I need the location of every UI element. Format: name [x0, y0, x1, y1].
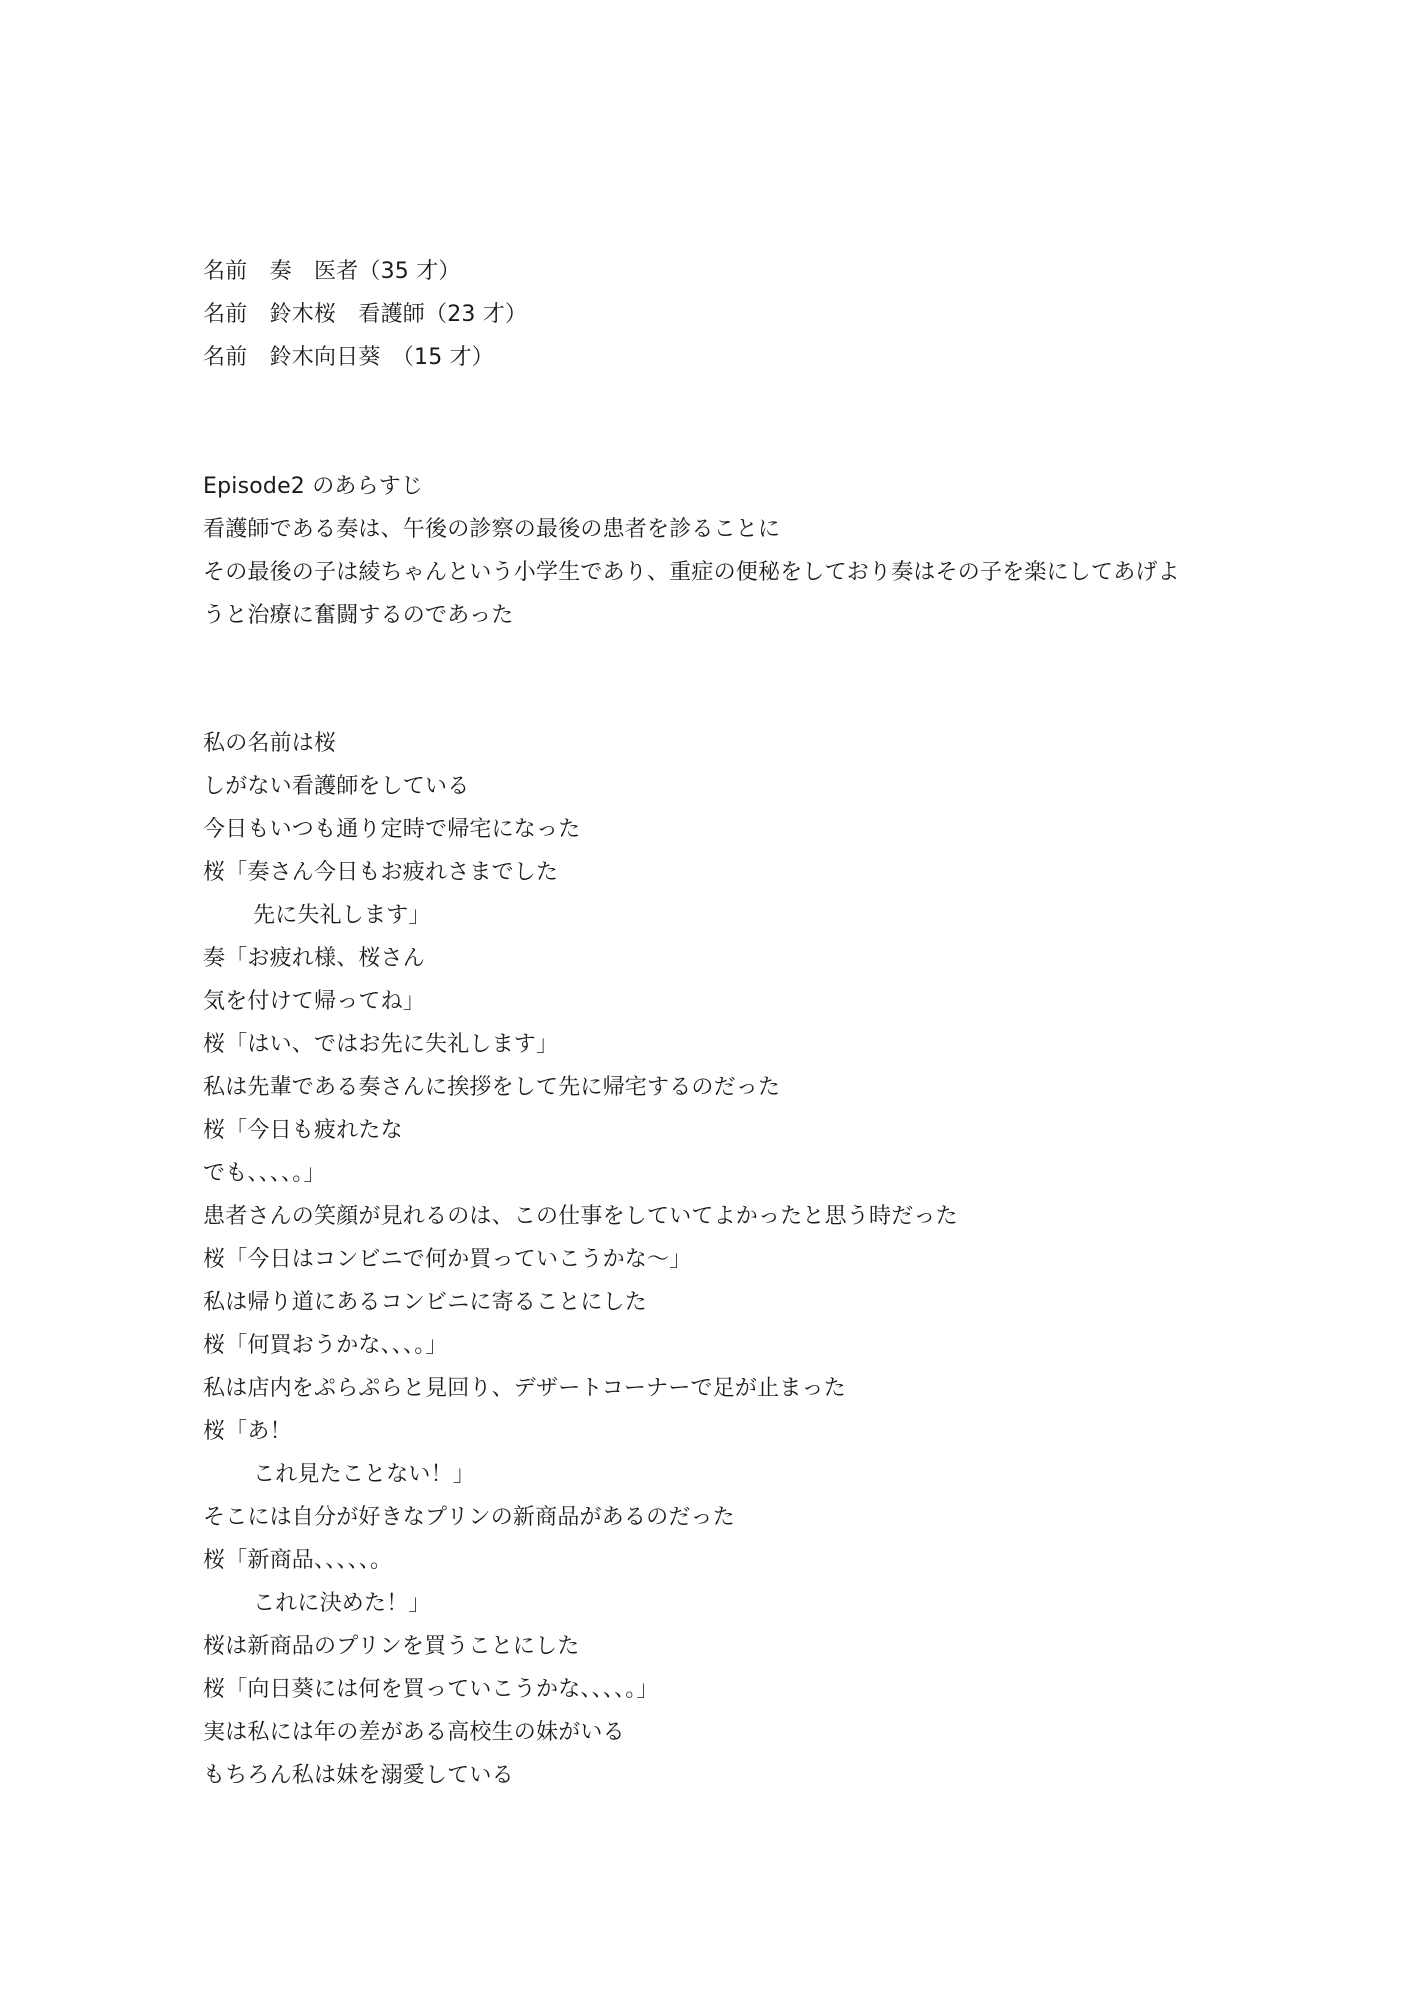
story-line: もちろん私は妹を溺愛している [203, 1754, 1213, 1797]
synopsis-line: うと治療に奮闘するのであった [203, 594, 1213, 637]
dialogue-continuation: でも、、、、。」 [203, 1152, 1213, 1195]
dialogue-continuation: これ見たことない！」 [203, 1453, 1213, 1496]
synopsis-heading: Episode2 のあらすじ [203, 465, 1213, 508]
story-line: 私は店内をぷらぷらと見回り、デザートコーナーで足が止まった [203, 1367, 1213, 1410]
story-line: 患者さんの笑顔が見れるのは、この仕事をしていてよかったと思う時だった [203, 1195, 1213, 1238]
dialogue-line: 奏「お疲れ様、桜さん [203, 937, 1213, 980]
dialogue-line: 桜「向日葵には何を買っていこうかな、、、、。」 [203, 1668, 1213, 1711]
story-line: 私は帰り道にあるコンビニに寄ることにした [203, 1281, 1213, 1324]
story-line: 私の名前は桜 [203, 722, 1213, 765]
story-line: そこには自分が好きなプリンの新商品があるのだった [203, 1496, 1213, 1539]
story-line: 今日もいつも通り定時で帰宅になった [203, 808, 1213, 851]
dialogue-continuation: 気を付けて帰ってね」 [203, 980, 1213, 1023]
story-line: 私は先輩である奏さんに挨拶をして先に帰宅するのだった [203, 1066, 1213, 1109]
story-line: 実は私には年の差がある高校生の妹がいる [203, 1711, 1213, 1754]
synopsis-line: その最後の子は綾ちゃんという小学生であり、重症の便秘をしており奏はその子を楽にし… [203, 551, 1213, 594]
story-line: しがない看護師をしている [203, 765, 1213, 808]
dialogue-continuation: これに決めた！」 [203, 1582, 1213, 1625]
dialogue-line: 桜「新商品、、、、、。 [203, 1539, 1213, 1582]
character-entry-kanade: 名前 奏 医者（35 才） [203, 250, 1213, 293]
story-body: 私の名前は桜 しがない看護師をしている 今日もいつも通り定時で帰宅になった 桜「… [203, 722, 1213, 1797]
story-line: 桜は新商品のプリンを買うことにした [203, 1625, 1213, 1668]
dialogue-continuation: 先に失礼します」 [203, 894, 1213, 937]
dialogue-line: 桜「今日も疲れたな [203, 1109, 1213, 1152]
character-entry-himawari: 名前 鈴木向日葵 （15 才） [203, 336, 1213, 379]
dialogue-line: 桜「あ！ [203, 1410, 1213, 1453]
dialogue-line: 桜「奏さん今日もお疲れさまでした [203, 851, 1213, 894]
synopsis-line: 看護師である奏は、午後の診察の最後の患者を診ることに [203, 508, 1213, 551]
synopsis-section: Episode2 のあらすじ 看護師である奏は、午後の診察の最後の患者を診ること… [203, 465, 1213, 637]
character-list: 名前 奏 医者（35 才） 名前 鈴木桜 看護師（23 才） 名前 鈴木向日葵 … [203, 250, 1213, 379]
character-entry-sakura: 名前 鈴木桜 看護師（23 才） [203, 293, 1213, 336]
dialogue-line: 桜「今日はコンビニで何か買っていこうかな～」 [203, 1238, 1213, 1281]
dialogue-line: 桜「何買おうかな、、、。」 [203, 1324, 1213, 1367]
dialogue-line: 桜「はい、ではお先に失礼します」 [203, 1023, 1213, 1066]
